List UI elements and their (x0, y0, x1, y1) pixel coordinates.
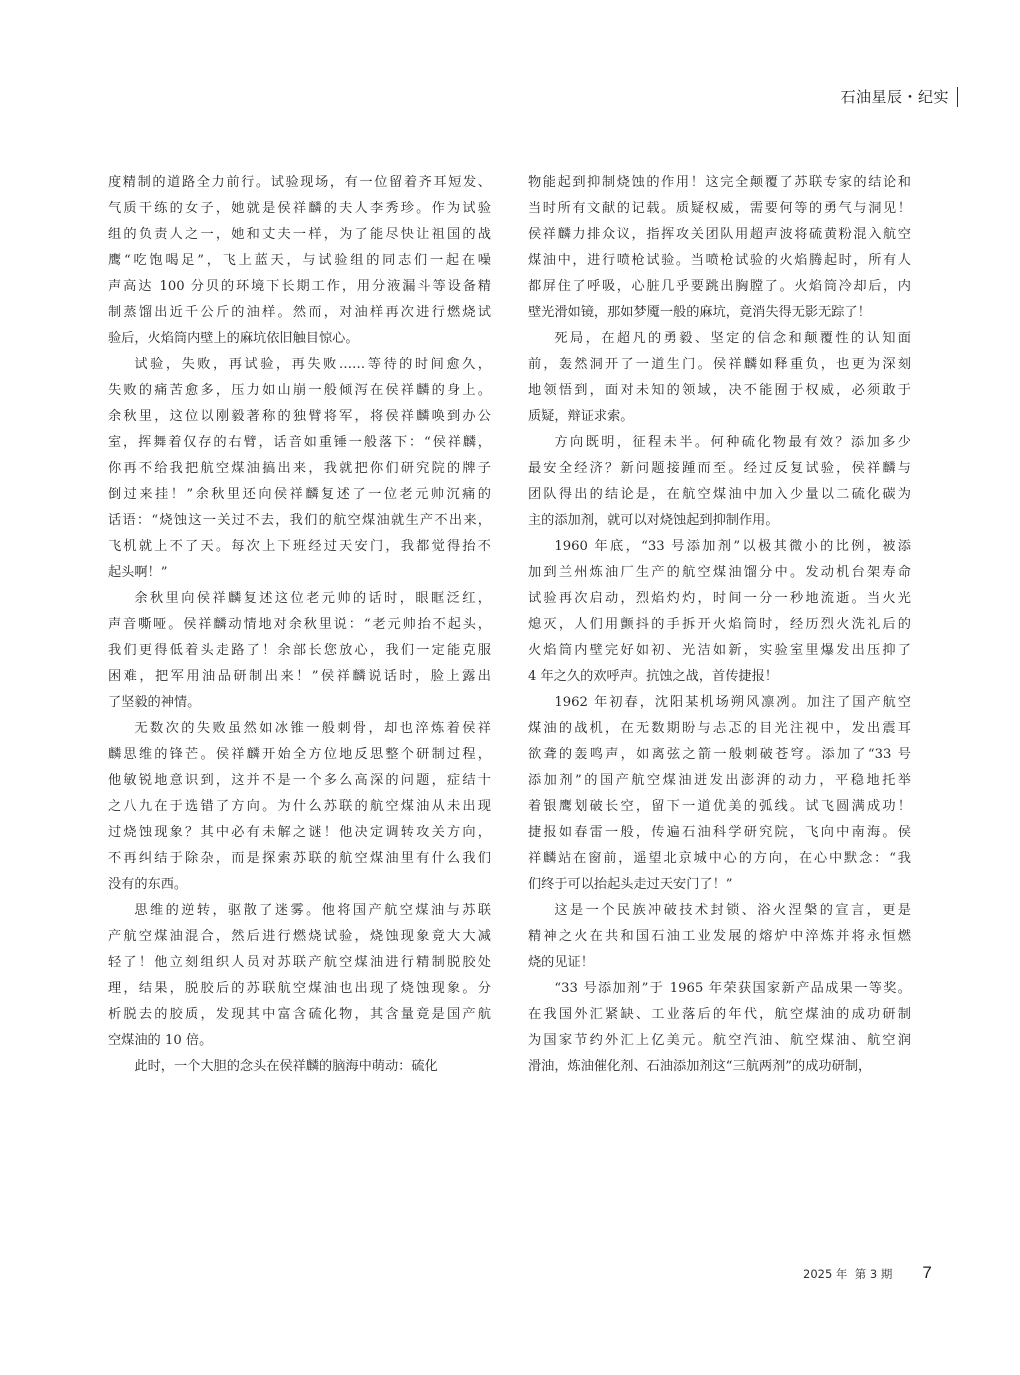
body-paragraph: 度精制的道路全力前行。试验现场，有一位留着齐耳短发、气质干练的女子，她就是侯祥麟… (108, 170, 491, 352)
body-paragraph: 无数次的失败虽然如冰锥一般刺骨，却也淬炼着侯祥麟思维的锋芒。侯祥麟开始全方位地反… (108, 716, 491, 898)
text-line: “33 号添加剂”于 1965 年荣获国家新产品成果一等奖。 (528, 976, 911, 1002)
section-title: 石油星辰・纪实 (840, 86, 949, 107)
text-line: 最安全经济？新问题接踵而至。经过反复试验，侯祥麟与 (528, 456, 911, 482)
page-number: 7 (922, 1263, 931, 1283)
text-line: 此时，一个大胆的念头在侯祥麟的脑海中萌动：硫化 (108, 1054, 491, 1080)
text-line: 侯祥麟力排众议，指挥攻关团队用超声波将硫黄粉混入航空 (528, 222, 911, 248)
text-line: 过烧蚀现象？其中必有未解之谜！他决定调转攻关方向， (108, 820, 491, 846)
text-line: 祥麟站在窗前，遥望北京城中心的方向，在心中默念：“我 (528, 846, 911, 872)
text-line: 为国家节约外汇上亿美元。航空汽油、航空煤油、航空润 (528, 1028, 911, 1054)
body-paragraph: 方向既明，征程未半。何种硫化物最有效？添加多少最安全经济？新问题接踵而至。经过反… (528, 430, 911, 534)
text-line: 我们更得低着头走路了！余部长您放心，我们一定能克服 (108, 638, 491, 664)
text-line: 加到兰州炼油厂生产的航空煤油馏分中。发动机台架寿命 (528, 560, 911, 586)
text-line: 制蒸馏出近千公斤的油样。然而，对油样再次进行燃烧试 (108, 300, 491, 326)
running-header: 石油星辰・纪实 (840, 86, 958, 107)
text-line: 前，轰然洞开了一道生门。侯祥麟如释重负，也更为深刻 (528, 352, 911, 378)
text-line: 组的负责人之一，她和丈夫一样，为了能尽快让祖国的战 (108, 222, 491, 248)
right-column: 物能起到抑制烧蚀的作用！这完全颠覆了苏联专家的结论和当时所有文献的记载。质疑权威… (528, 170, 911, 1080)
text-line: 欲聋的轰鸣声，如离弦之箭一般刺破苍穹。添加了“33 号 (528, 742, 911, 768)
text-line: 之八九在于选错了方向。为什么苏联的航空煤油从未出现 (108, 794, 491, 820)
text-line: 室，挥舞着仅存的右臂，话音如重锤一般落下：“侯祥麟， (108, 430, 491, 456)
text-line: 都屏住了呼吸，心脏几乎要跳出胸膛了。火焰筒冷却后，内 (528, 274, 911, 300)
text-line: 在我国外汇紧缺、工业落后的年代，航空煤油的成功研制 (528, 1002, 911, 1028)
page-footer: 2025 年 第 3 期 7 (803, 1263, 932, 1283)
text-line: 验后，火焰筒内壁上的麻坑依旧触目惊心。 (108, 326, 491, 352)
text-line: 空煤油的 10 倍。 (108, 1028, 491, 1054)
text-line: 轻了！他立刻组织人员对苏联产航空煤油进行精制脱胶处 (108, 950, 491, 976)
text-line: 不再纠结于除杂，而是探索苏联的航空煤油里有什么我们 (108, 846, 491, 872)
body-paragraph: 物能起到抑制烧蚀的作用！这完全颠覆了苏联专家的结论和当时所有文献的记载。质疑权威… (528, 170, 911, 326)
text-line: 质疑，辩证求索。 (528, 404, 911, 430)
text-line: 余秋里，这位以刚毅著称的独臂将军，将侯祥麟唤到办公 (108, 404, 491, 430)
text-line: 困难，把军用油品研制出来！”侯祥麟说话时，脸上露出 (108, 664, 491, 690)
text-line: 1960 年底，“33 号添加剂”以极其微小的比例，被添 (528, 534, 911, 560)
header-divider (957, 87, 958, 107)
text-line: 着银鹰划破长空，留下一道优美的弧线。试飞圆满成功！ (528, 794, 911, 820)
text-line: 度精制的道路全力前行。试验现场，有一位留着齐耳短发、 (108, 170, 491, 196)
body-paragraph: 1960 年底，“33 号添加剂”以极其微小的比例，被添加到兰州炼油厂生产的航空… (528, 534, 911, 690)
text-line: 煤油中，进行喷枪试验。当喷枪试验的火焰腾起时，所有人 (528, 248, 911, 274)
text-line: 主的添加剂，就可以对烧蚀起到抑制作用。 (528, 508, 911, 534)
text-line: 试验，失败，再试验，再失败……等待的时间愈久， (108, 352, 491, 378)
text-line: 话语：“烧蚀这一关过不去，我们的航空煤油就生产不出来， (108, 508, 491, 534)
text-line: 余秋里向侯祥麟复述这位老元帅的话时，眼眶泛红， (108, 586, 491, 612)
text-line: 团队得出的结论是，在航空煤油中加入少量以二硫化碳为 (528, 482, 911, 508)
text-line: 滑油，炼油催化剂、石油添加剂这“三航两剂”的成功研制， (528, 1054, 911, 1080)
body-paragraph: “33 号添加剂”于 1965 年荣获国家新产品成果一等奖。在我国外汇紧缺、工业… (528, 976, 911, 1080)
text-line: 产航空煤油混合，然后进行燃烧试验，烧蚀现象竟大大减 (108, 924, 491, 950)
body-paragraph: 这是一个民族冲破技术封锁、浴火涅槃的宣言，更是精神之火在共和国石油工业发展的熔炉… (528, 898, 911, 976)
text-line: 烧的见证！ (528, 950, 911, 976)
text-line: 熄灭，人们用颤抖的手拆开火焰筒时，经历烈火洗礼后的 (528, 612, 911, 638)
text-line: 声音嘶哑。侯祥麟动情地对余秋里说：“老元帅抬不起头， (108, 612, 491, 638)
text-line: 无数次的失败虽然如冰锥一般刺骨，却也淬炼着侯祥 (108, 716, 491, 742)
text-line: 没有的东西。 (108, 872, 491, 898)
body-paragraph: 此时，一个大胆的念头在侯祥麟的脑海中萌动：硫化 (108, 1054, 491, 1080)
text-line: 地领悟到，面对未知的领域，决不能囿于权威，必须敢于 (528, 378, 911, 404)
text-line: 物能起到抑制烧蚀的作用！这完全颠覆了苏联专家的结论和 (528, 170, 911, 196)
text-line: 当时所有文献的记载。质疑权威，需要何等的勇气与洞见！ (528, 196, 911, 222)
left-column: 度精制的道路全力前行。试验现场，有一位留着齐耳短发、气质干练的女子，她就是侯祥麟… (108, 170, 491, 1080)
text-line: 起头啊！” (108, 560, 491, 586)
text-line: 失败的痛苦愈多，压力如山崩一般倾泻在侯祥麟的身上。 (108, 378, 491, 404)
text-line: 声高达 100 分贝的环境下长期工作，用分液漏斗等设备精 (108, 274, 491, 300)
body-paragraph: 余秋里向侯祥麟复述这位老元帅的话时，眼眶泛红，声音嘶哑。侯祥麟动情地对余秋里说：… (108, 586, 491, 716)
text-line: 壁光滑如镜，那如梦魇一般的麻坑，竟消失得无影无踪了！ (528, 300, 911, 326)
text-line: 倒过来挂！”余秋里还向侯祥麟复述了一位老元帅沉痛的 (108, 482, 491, 508)
text-line: 鹰“吃饱喝足”，飞上蓝天，与试验组的同志们一起在噪 (108, 248, 491, 274)
text-line: 们终于可以抬起头走过天安门了！” (528, 872, 911, 898)
text-line: 思维的逆转，驱散了迷雾。他将国产航空煤油与苏联 (108, 898, 491, 924)
text-line: 4 年之久的欢呼声。抗蚀之战，首传捷报！ (528, 664, 911, 690)
text-line: 添加剂”的国产航空煤油迸发出澎湃的动力，平稳地托举 (528, 768, 911, 794)
text-line: 煤油的战机，在无数期盼与忐忑的目光注视中，发出震耳 (528, 716, 911, 742)
body-paragraph: 死局，在超凡的勇毅、坚定的信念和颠覆性的认知面前，轰然洞开了一道生门。侯祥麟如释… (528, 326, 911, 430)
body-paragraph: 试验，失败，再试验，再失败……等待的时间愈久，失败的痛苦愈多，压力如山崩一般倾泻… (108, 352, 491, 586)
text-line: 1962 年初春，沈阳某机场朔风凛冽。加注了国产航空 (528, 690, 911, 716)
text-line: 麟思维的锋芒。侯祥麟开始全方位地反思整个研制过程， (108, 742, 491, 768)
text-line: 飞机就上不了天。每次上下班经过天安门，我都觉得抬不 (108, 534, 491, 560)
text-line: 析脱去的胶质，发现其中富含硫化物，其含量竟是国产航 (108, 1002, 491, 1028)
body-paragraph: 思维的逆转，驱散了迷雾。他将国产航空煤油与苏联产航空煤油混合，然后进行燃烧试验，… (108, 898, 491, 1054)
text-line: 气质干练的女子，她就是侯祥麟的夫人李秀珍。作为试验 (108, 196, 491, 222)
text-line: 死局，在超凡的勇毅、坚定的信念和颠覆性的认知面 (528, 326, 911, 352)
issue-label: 2025 年 第 3 期 (803, 1266, 892, 1282)
text-line: 精神之火在共和国石油工业发展的熔炉中淬炼并将永恒燃 (528, 924, 911, 950)
text-line: 火焰筒内壁完好如初、光洁如新，实验室里爆发出压抑了 (528, 638, 911, 664)
text-line: 方向既明，征程未半。何种硫化物最有效？添加多少 (528, 430, 911, 456)
text-line: 他敏锐地意识到，这并不是一个多么高深的问题，症结十 (108, 768, 491, 794)
text-line: 理，结果，脱胶后的苏联航空煤油也出现了烧蚀现象。分 (108, 976, 491, 1002)
text-line: 你再不给我把航空煤油搞出来，我就把你们研究院的牌子 (108, 456, 491, 482)
body-paragraph: 1962 年初春，沈阳某机场朔风凛冽。加注了国产航空煤油的战机，在无数期盼与忐忑… (528, 690, 911, 898)
text-line: 捷报如春雷一般，传遍石油科学研究院，飞向中南海。侯 (528, 820, 911, 846)
text-line: 了坚毅的神情。 (108, 690, 491, 716)
text-line: 这是一个民族冲破技术封锁、浴火涅槃的宣言，更是 (528, 898, 911, 924)
text-line: 试验再次启动，烈焰灼灼，时间一分一秒地流逝。当火光 (528, 586, 911, 612)
